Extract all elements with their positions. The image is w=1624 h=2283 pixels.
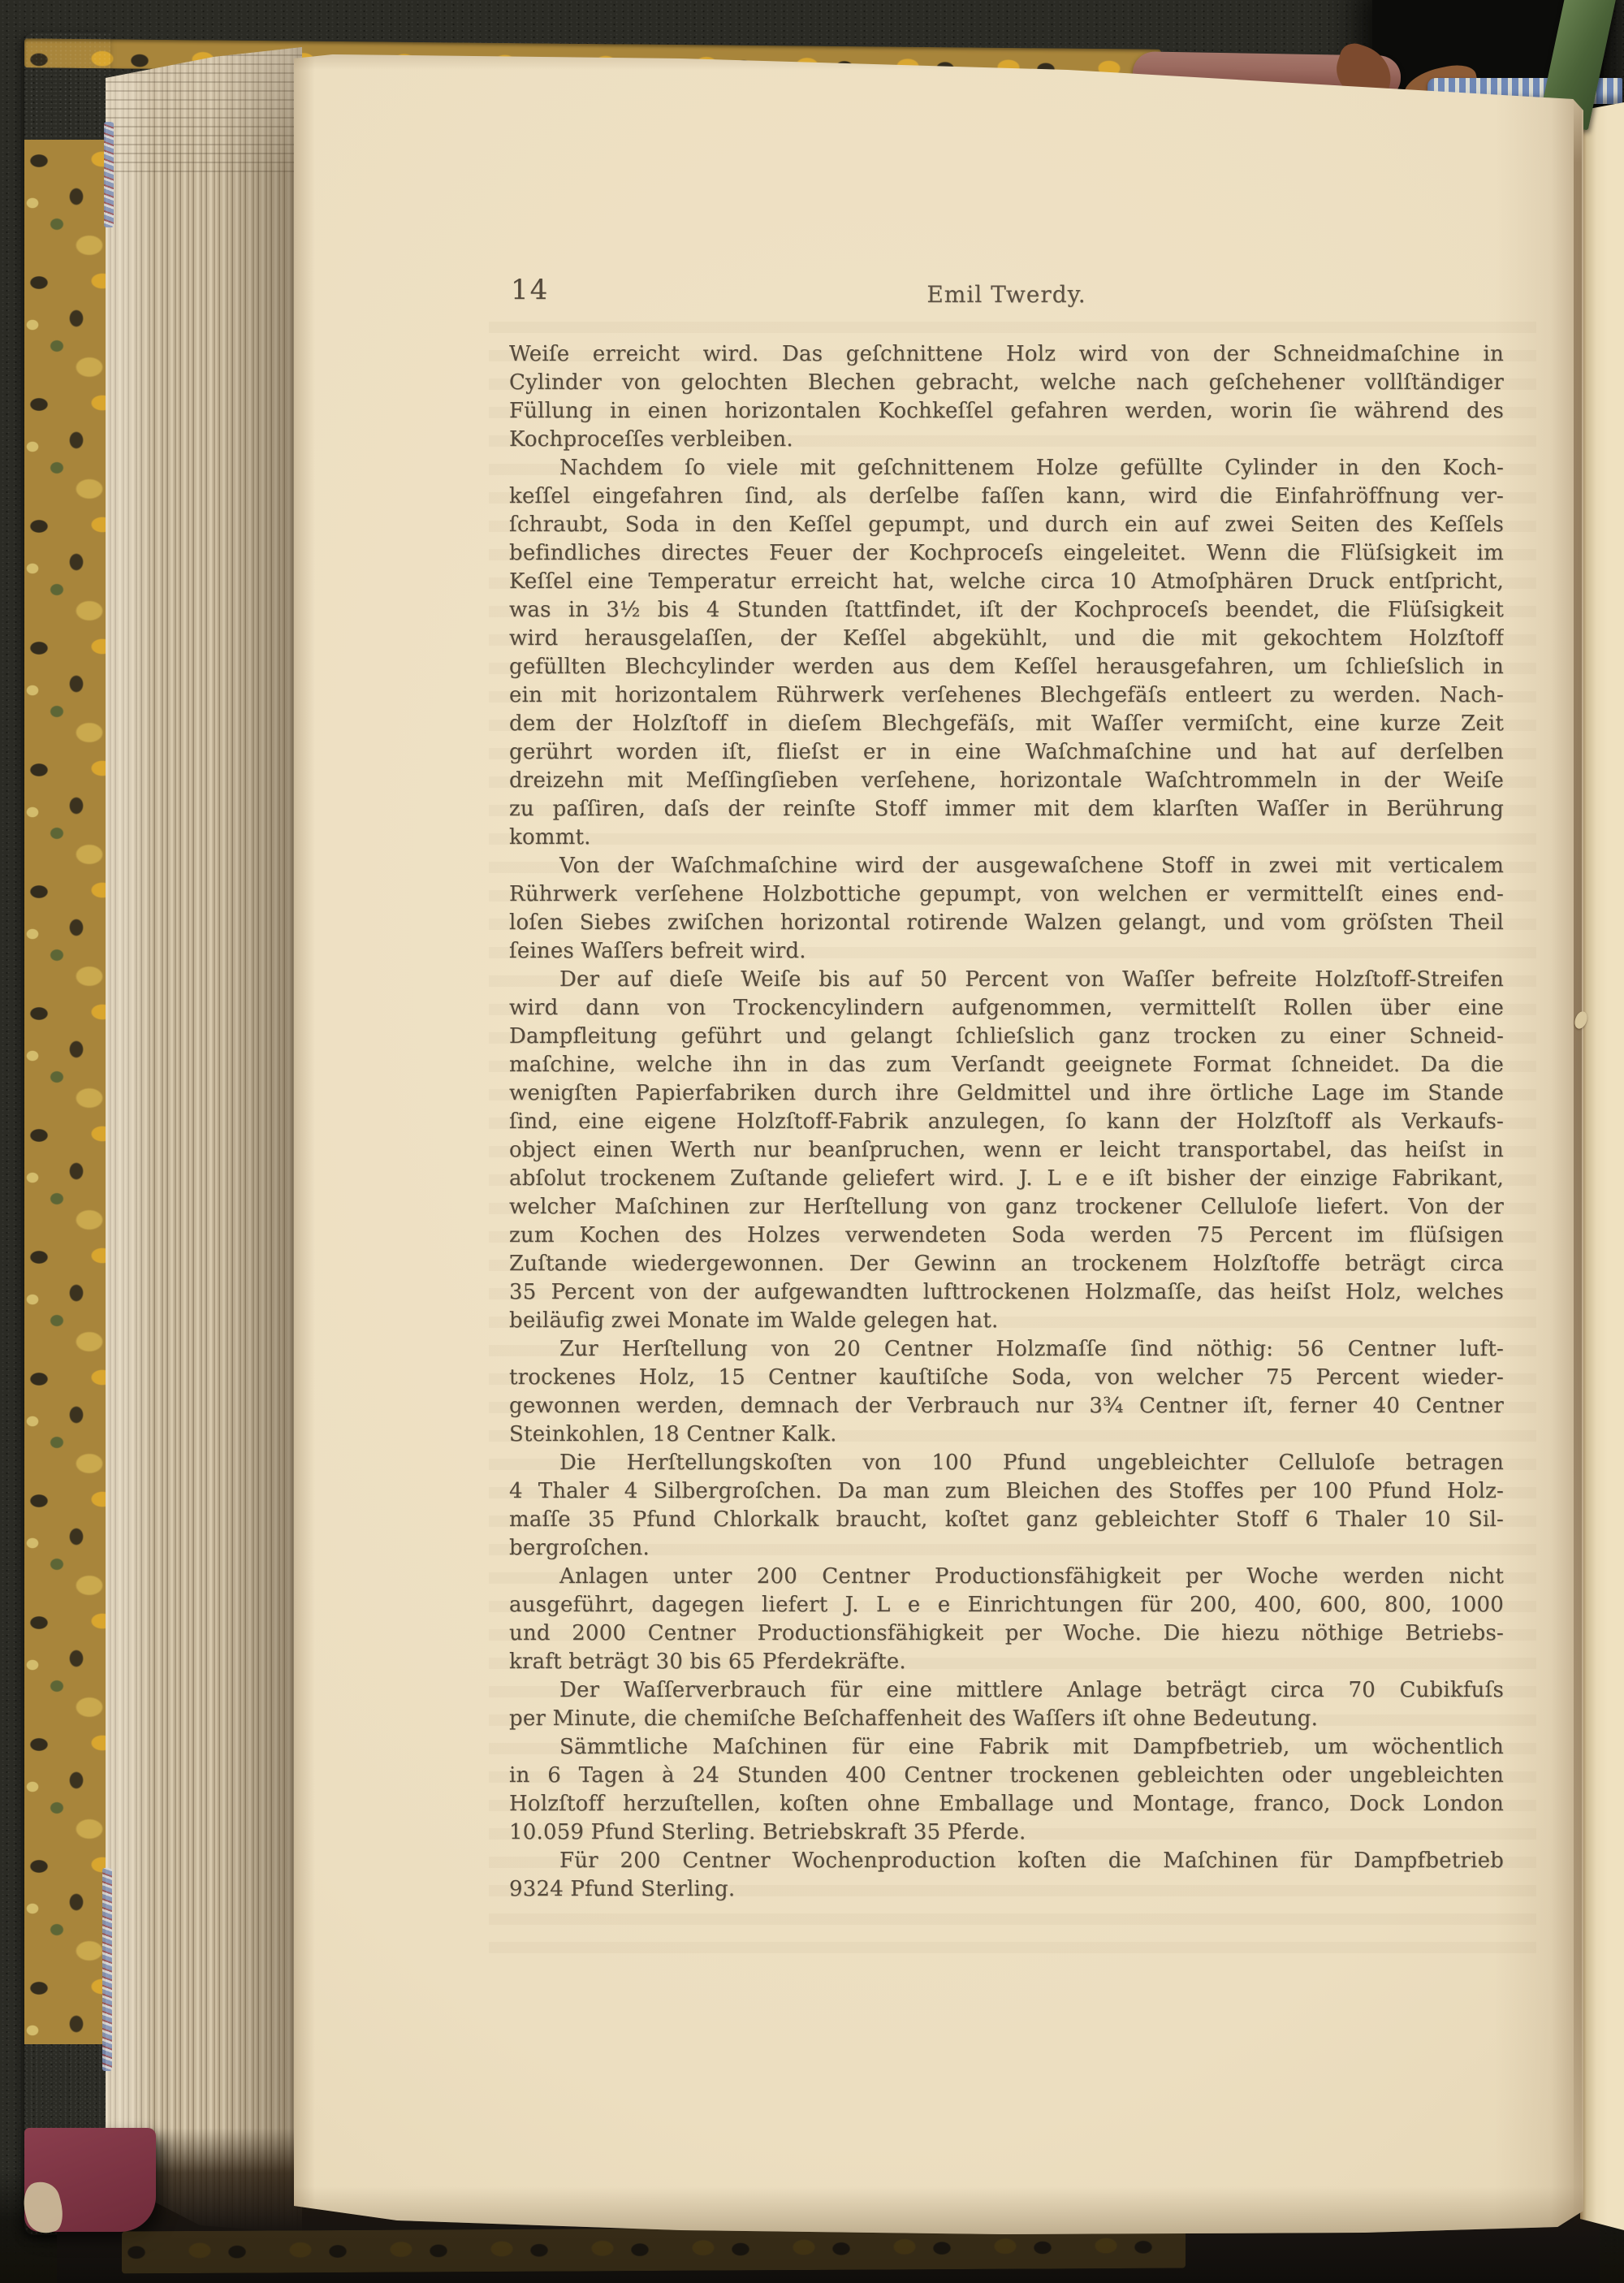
body-line: ſeines Waſſers befreit wird.	[509, 937, 1504, 966]
body-line: Der auf dieſe Weiſe bis auf 50 Percent v…	[509, 966, 1504, 994]
body-line: Holzſtoff herzuſtellen, koſten ohne Emba…	[509, 1790, 1504, 1818]
body-line: gerührt worden iſt, flieſst er in eine W…	[509, 738, 1504, 767]
running-header: Emil Twerdy.	[509, 280, 1504, 309]
body-line: per Minute, die chemiſche Beſchaffenheit…	[509, 1705, 1504, 1733]
body-line: wird herausgelaſſen, der Keſſel abgekühl…	[509, 625, 1504, 653]
cover-leather-top	[24, 32, 110, 140]
body-line: Nachdem ſo viele mit geſchnittenem Holze…	[509, 454, 1504, 482]
body-line: kommt.	[509, 824, 1504, 852]
body-line: zum Kochen des Holzes verwendeten Soda w…	[509, 1221, 1504, 1250]
facing-page-sliver	[1580, 102, 1624, 2230]
body-line: Sämmtliche Maſchinen für eine Fabrik mit…	[509, 1733, 1504, 1762]
body-line: Kochproceſſes verbleiben.	[509, 426, 1504, 454]
body-line: Weiſe erreicht wird. Das geſchnittene Ho…	[509, 340, 1504, 369]
body-line: befindliches directes Feuer der Kochproc…	[509, 539, 1504, 568]
body-line: Zur Herſtellung von 20 Centner Holzmaſſe…	[509, 1335, 1504, 1364]
body-line: dem der Holzſtoff in dieſem Blechgefäſs,…	[509, 710, 1504, 738]
body-line: Anlagen unter 200 Centner Productionsfäh…	[509, 1563, 1504, 1591]
body-line: ausgeführt, dagegen liefert J. L e e Ein…	[509, 1591, 1504, 1619]
left-cover-board	[24, 32, 110, 2235]
body-line: Von der Waſchmaſchine wird der ausgewaſc…	[509, 852, 1504, 880]
text-block: Weiſe erreicht wird. Das geſchnittene Ho…	[509, 340, 1504, 1904]
cover-marble-paper	[24, 140, 110, 2044]
printed-text-area: 14 Emil Twerdy. Weiſe erreicht wird. Das…	[509, 280, 1504, 1904]
body-line: dreizehn mit Meſſingſieben verſehene, ho…	[509, 767, 1504, 795]
body-line: Steinkohlen, 18 Centner Kalk.	[509, 1420, 1504, 1449]
book-page: 14 Emil Twerdy. Weiſe erreicht wird. Das…	[294, 45, 1583, 2235]
body-line: wenigſten Papierfabriken durch ihre Geld…	[509, 1079, 1504, 1108]
body-line: bergroſchen.	[509, 1534, 1504, 1563]
body-line: ſind, eine eigene Holzſtoff-Fabrik anzul…	[509, 1108, 1504, 1136]
body-line: maſſe 35 Pfund Chlorkalk braucht, koſtet…	[509, 1506, 1504, 1534]
body-line: trockenes Holz, 15 Centner kauſtiſche So…	[509, 1364, 1504, 1392]
body-line: und 2000 Centner Productionsfähigkeit pe…	[509, 1619, 1504, 1648]
body-line: gefüllten Blechcylinder werden aus dem K…	[509, 653, 1504, 681]
body-line: Die Herſtellungskoſten von 100 Pfund ung…	[509, 1449, 1504, 1477]
body-line: keſſel eingefahren ſind, als derſelbe fa…	[509, 482, 1504, 511]
body-line: Füllung in einen horizontalen Kochkeſſel…	[509, 397, 1504, 426]
body-line: ein mit horizontalem Rührwerk verſehenes…	[509, 681, 1504, 710]
endpaper-marble-sliver	[104, 122, 114, 227]
body-line: 9324 Pfund Sterling.	[509, 1875, 1504, 1904]
body-line: Der Waſſerverbrauch für eine mittlere An…	[509, 1676, 1504, 1705]
body-line: Keſſel eine Temperatur erreicht hat, wel…	[509, 568, 1504, 596]
body-line: kraft beträgt 30 bis 65 Pferdekräfte.	[509, 1648, 1504, 1676]
body-line: Rührwerk verſehene Holzbottiche gepumpt,…	[509, 880, 1504, 909]
body-line: was in 3½ bis 4 Stunden ſtattfindet, iſt…	[509, 596, 1504, 625]
body-line: 10.059 Pfund Sterling. Betriebskraft 35 …	[509, 1818, 1504, 1847]
gutter-crease	[1574, 97, 1582, 2229]
body-line: gewonnen werden, demnach der Verbrauch n…	[509, 1392, 1504, 1420]
body-line: 4 Thaler 4 Silbergroſchen. Da man zum Bl…	[509, 1477, 1504, 1506]
page-number: 14	[511, 274, 549, 306]
body-line: in 6 Tagen à 24 Stunden 400 Centner troc…	[509, 1762, 1504, 1790]
body-line: ſchraubt, Soda in den Keſſel gepumpt, un…	[509, 511, 1504, 539]
endpaper-marble-sliver	[102, 1868, 112, 2071]
body-line: abſolut trockenem Zuſtande geliefert wir…	[509, 1165, 1504, 1193]
body-line: Zuſtande wiedergewonnen. Der Gewinn an t…	[509, 1250, 1504, 1278]
body-line: Für 200 Centner Wochenproduction koſten …	[509, 1847, 1504, 1875]
book-scan: 14 Emil Twerdy. Weiſe erreicht wird. Das…	[0, 0, 1624, 2283]
body-line: zu paſſiren, daſs der reinſte Stoff imme…	[509, 795, 1504, 824]
body-line: beiläufig zwei Monate im Walde gelegen h…	[509, 1307, 1504, 1335]
page-stack-fore-edge	[106, 45, 302, 2233]
body-line: 35 Percent von der aufgewandten lufttroc…	[509, 1278, 1504, 1307]
body-line: maſchine, welche ihn in das zum Verſandt…	[509, 1051, 1504, 1079]
body-line: object einen Werth nur beanſpruchen, wen…	[509, 1136, 1504, 1165]
body-line: Dampfleitung geführt und gelangt ſchlieſ…	[509, 1023, 1504, 1051]
body-line: welcher Maſchinen zur Herſtellung von ga…	[509, 1193, 1504, 1221]
body-line: Cylinder von gelochten Blechen gebracht,…	[509, 369, 1504, 397]
body-line: wird dann von Trockencylindern aufgenomm…	[509, 994, 1504, 1023]
body-line: loſen Siebes zwiſchen horizontal rotiren…	[509, 909, 1504, 937]
